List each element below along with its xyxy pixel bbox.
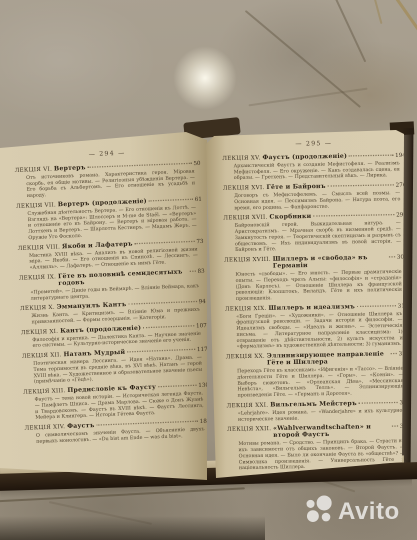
lecture-description: Фаустъ — тема новой исторіи. — Историчес… [34,390,203,421]
lecture-prefix: ЛЕКЦІЯ XIX. [225,305,267,312]
toc-entry: ЛЕКЦІЯ VII. Вертеръ (продолженіе) 61 Слу… [16,196,203,241]
lecture-prefix: ЛЕКЦІЯ XIV. [24,424,65,432]
dot-leader [158,385,197,388]
lecture-title: Вильгельмъ Мейстеръ [270,400,357,408]
toc-entry-heading: ЛЕКЦІЯ XVIII. Шиллеръ и «свобода» въ Гер… [224,254,408,271]
lecture-prefix: ЛЕКЦІЯ XIII. [23,388,66,396]
dot-leader [392,426,398,427]
left-page-content: — 294 — ЛЕКЦІЯ VI. Вертеръ 50 Отъ источн… [14,147,211,449]
avito-logo-icon [304,495,334,529]
toc-entry: ЛЕКЦІЯ XI. Кантъ (продолженіе) 107 Филос… [21,322,208,349]
lecture-prefix: ЛЕКЦІЯ XXII. [227,426,271,433]
lecture-title: Эллинизирующее направленіе Гёте и Шиллер… [267,351,389,367]
lecture-page-number: 73 [196,238,203,244]
toc-entry: ЛЕКЦІЯ XX. Эллинизирующее направленіе Гё… [226,350,410,398]
lecture-prefix: ЛЕКЦІЯ IX. [19,274,57,282]
lecture-page-number: 50 [193,160,200,166]
lecture-prefix: ЛЕКЦІЯ XX. [226,353,265,360]
lecture-prefix: ЛЕКЦІЯ XXI. [227,402,269,409]
toc-entry: ЛЕКЦІЯ VI. Вертеръ 50 Отъ источниковъ ро… [14,160,201,199]
page-number-header: — 294 — [14,147,200,161]
lecture-prefix: ЛЕКЦІЯ XVI. [223,185,265,192]
lecture-prefix: ЛЕКЦІЯ VII. [16,202,56,210]
lecture-title: Шиллеръ и идеализмъ [268,303,355,311]
toc-entry: ЛЕКЦІЯ XVII. Скорбники 291 Байроновскій … [223,212,407,253]
photo-scene: — 294 — ЛЕКЦІЯ VI. Вертеръ 50 Отъ источн… [0,0,417,540]
lecture-page-number: 107 [196,323,207,330]
toc-entry: ЛЕКЦІЯ XIII. Предисловіе къ Фаусту 130 Ф… [23,382,210,421]
table-edge-shadow [0,516,265,540]
left-page: — 294 — ЛЕКЦІЯ VI. Вертеръ 50 Отъ источн… [0,132,207,480]
lecture-page-number: 117 [197,346,208,353]
dot-leader [359,402,398,404]
dot-leader [349,155,393,157]
page-number-header: — 295 — [222,139,406,149]
avito-watermark: Avito [304,495,400,529]
dot-leader [327,184,393,186]
toc-entry: ЛЕКЦІЯ XII. Натанъ Мудрый 117 Поэтическа… [22,346,209,385]
lecture-page-number: 83 [197,268,204,274]
lecture-description: Переходъ Гёте къ классикамъ: «Ифигенія» … [237,365,404,398]
dot-leader [357,305,396,307]
lecture-description: Байроновскій герой. Выжидательная натура… [235,220,402,253]
toc-entry: ЛЕКЦІЯ XVI. Гёте и Байронъ 276 Договоръ … [223,182,407,211]
lecture-page-number: 94 [199,299,206,305]
lecture-description: «Боги Греціи». — «Художники». — Отношені… [236,310,403,349]
toc-entry-heading: ЛЕКЦІЯ XXII. «Wahlverwandtschaften» и вт… [227,423,411,440]
lecture-description: Договоръ съ Мефистофелемъ. — Смыслъ всей… [234,190,400,211]
dot-leader [87,163,191,168]
lecture-description: Отъ источниковъ романа. Характеристика г… [26,168,195,199]
toc-entry: ЛЕКЦІЯ XV. Фаустъ (продолженіе) 194 Арха… [222,152,406,181]
lecture-prefix: ЛЕКЦІЯ XV. [222,155,260,162]
dot-leader [127,349,195,353]
dot-leader [143,325,194,328]
lecture-page-number: 61 [195,196,202,202]
lecture-title: Вертеръ [54,164,86,172]
lecture-title: Фаустъ (продолженіе) [262,153,347,161]
toc-list-left: ЛЕКЦІЯ VI. Вертеръ 50 Отъ источниковъ ро… [14,160,211,445]
lecture-title: Фаустъ [67,422,95,430]
dot-leader [189,270,195,271]
right-page: — 295 — ЛЕКЦІЯ XV. Фаустъ (продолженіе) … [206,126,404,478]
lecture-title: Скорбники [269,213,311,221]
lecture-prefix: ЛЕКЦІЯ XI. [21,328,59,336]
dot-leader [149,199,193,202]
lecture-prefix: ЛЕКЦІЯ XVII. [223,215,267,222]
toc-entry-heading: ЛЕКЦІЯ XX. Эллинизирующее направленіе Гё… [226,350,410,367]
dot-leader [134,241,194,245]
lecture-title: «Wahlverwandtschaften» и второй Фаустъ [273,423,390,439]
dot-leader [128,301,197,305]
lecture-description: Служебная дѣятельность Вертера. — Его от… [27,204,197,241]
toc-list-right: ЛЕКЦІЯ XV. Фаустъ (продолженіе) 194 Арха… [222,152,411,471]
toc-entry: ЛЕКЦІЯ XVIII. Шиллеръ и «свобода» въ Гер… [224,254,408,302]
lecture-prefix: ЛЕКЦІЯ X. [20,305,55,313]
lecture-description: «Lehrjahre». Идея романа. — «Wanderjahre… [238,407,404,422]
lecture-prefix: ЛЕКЦІЯ XVIII. [224,257,271,264]
right-page-content: — 295 — ЛЕКЦІЯ XV. Фаустъ (продолженіе) … [222,139,411,475]
avito-watermark-text: Avito [338,498,400,526]
toc-entry: ЛЕКЦІЯ IX. Гёте въ половинѣ семидесятыхъ… [19,268,206,302]
dot-leader [389,256,395,257]
dot-leader [313,214,394,217]
lecture-description: Архаистическій Фаустъ и созданіе Мефисто… [234,160,400,181]
dot-leader [391,353,397,354]
lecture-title: Гёте и Байронъ [266,183,325,191]
toc-entry: ЛЕКЦІЯ X. Эммануилъ Кантъ 94 Жизнь Канта… [20,298,207,325]
toc-entry: ЛЕКЦІЯ XIV. Фаустъ 181 О символическомъ … [24,418,211,445]
lecture-prefix: ЛЕКЦІЯ XII. [22,352,62,360]
dot-leader [96,421,198,426]
lecture-prefix: ЛЕКЦІЯ VI. [15,166,53,174]
toc-entry: ЛЕКЦІЯ XXI. Вильгельмъ Мейстеръ 341 «Leh… [227,399,411,422]
lecture-description: Юность «свободы». — Его юность. — Первые… [235,269,402,302]
lecture-title: Шиллеръ и «свобода» въ Германіи [273,254,387,270]
toc-entry: ЛЕКЦІЯ VIII. Якоби и Лафатеръ 73 Мистика… [17,238,204,271]
toc-entry: ЛЕКЦІЯ XIX. Шиллеръ и идеализмъ 314 «Бог… [225,302,409,349]
lecture-description: Поэтическая манера Лессинга. — Идея «Нат… [33,354,202,385]
light-reflection [173,46,237,110]
